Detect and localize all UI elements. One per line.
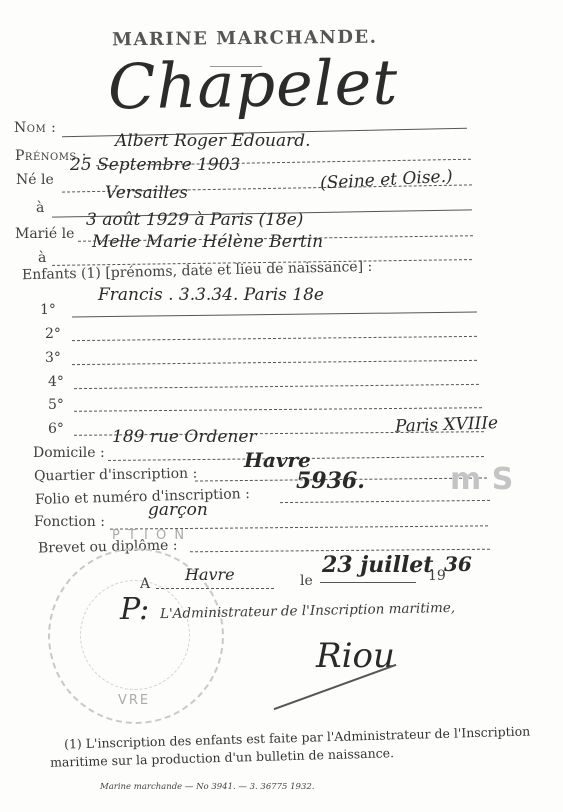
printer-imprint: Marine marchande — No 3941. — 3. 36775 1… — [100, 782, 314, 792]
child-2-num: 2° — [45, 326, 61, 342]
spouse-value: Melle Marie Hélène Bertin — [92, 232, 323, 252]
child-3-line — [72, 360, 477, 365]
enfants-label: Enfants (1) [prénoms, date et lieu de na… — [22, 259, 373, 284]
domicile-value: 189 rue Ordener — [112, 427, 257, 447]
child-4-line — [74, 384, 479, 389]
marie-le-label: Marié le — [15, 226, 74, 242]
child-6-num: 6° — [48, 421, 64, 437]
stamp-bottom-text: VRE — [118, 693, 150, 708]
nom-label: Nom : — [14, 120, 56, 136]
domicile-label: Domicile : — [33, 445, 105, 461]
ne-le-label: Né le — [16, 172, 54, 188]
child-5-line — [74, 407, 482, 412]
signature-date-line — [320, 582, 416, 583]
document-page: MARINE MARCHANDE. Chapelet Nom : Prénoms… — [0, 0, 563, 812]
child-3-num: 3° — [45, 350, 61, 366]
birth-place-value: Versailles — [105, 183, 188, 203]
stamp-top-text: P T I O N — [112, 528, 186, 543]
signature-place-value: Havre — [185, 565, 235, 584]
domicile-city-value: Paris XVIIIe — [395, 413, 499, 437]
signature-le-label: le — [300, 573, 313, 589]
child-5-num: 5° — [48, 397, 64, 413]
signature-place-line — [156, 588, 274, 589]
surname-value: Chapelet — [107, 45, 398, 123]
fonction-value: garçon — [148, 500, 208, 520]
child-1-line — [72, 312, 477, 318]
birth-a-label: à — [36, 200, 44, 216]
folio-value: 5936. — [296, 468, 365, 494]
stamp-mark-ghost: m S — [450, 462, 513, 497]
signature-date-value: 23 juillet — [322, 552, 433, 578]
marriage-value: 3 août 1929 à Paris (18e) — [86, 210, 303, 230]
child-1-value: Francis . 3.3.34. Paris 18e — [98, 285, 324, 305]
folio-line — [280, 500, 490, 503]
child-4-num: 4° — [48, 374, 64, 390]
prenoms-value: Albert Roger Edouard. — [115, 131, 311, 151]
folio-label: Folio et numéro d'inscription : — [35, 486, 250, 508]
birth-date-value: 25 Septembre 1903 — [70, 155, 240, 175]
quartier-label: Quartier d'inscription : — [34, 466, 198, 485]
year-suffix: 36 — [444, 552, 472, 576]
spouse-a-label: à — [38, 250, 46, 266]
child-1-num: 1° — [40, 302, 56, 318]
child-2-line — [72, 336, 477, 341]
fonction-label: Fonction : — [34, 514, 105, 530]
per-mark: P: — [120, 592, 149, 627]
signature-a-label: A — [140, 576, 150, 592]
birth-dept-value: (Seine et Oise.) — [320, 167, 454, 194]
